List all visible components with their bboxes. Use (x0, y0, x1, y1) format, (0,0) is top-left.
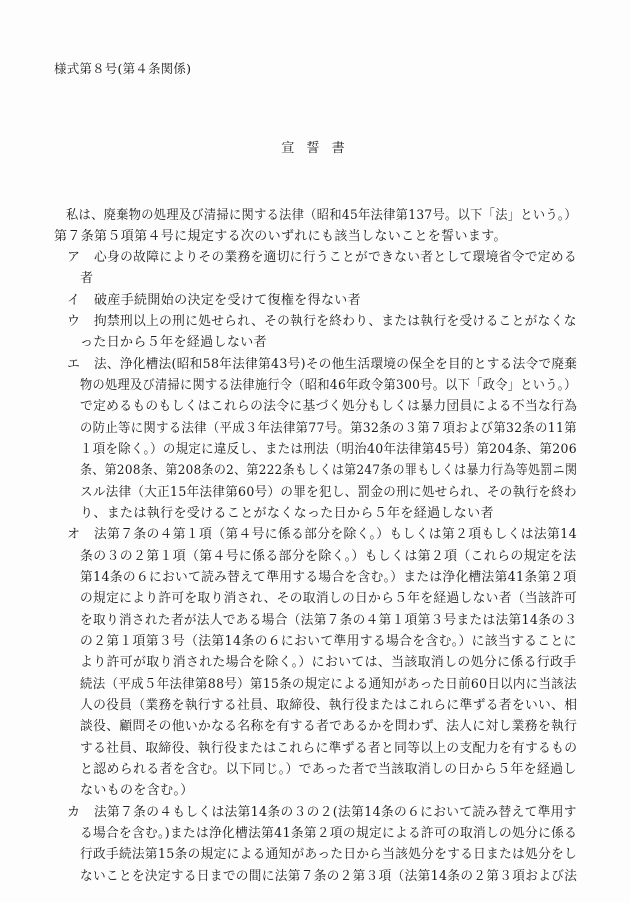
item-e-line: 法、浄化槽法(昭和58年法律第43号)その他生活環境の保全を目的とする法令で廃棄 (94, 357, 577, 373)
item-u-line: った日から５年を経過しない者 (80, 335, 267, 351)
document-title: 宣 誓 書 (0, 137, 630, 156)
item-o-line: 談役、顧問その他いかなる名称を有する者であるかを問わず、法人に対し業務を執行 (80, 719, 577, 735)
item-o-line: と認められる者を含む。以下同じ。）であった者で当該取消しの日から５年を経過し (80, 762, 577, 778)
item-u-line: 拘禁刑以上の刑に処せられ、その執行を終わり、または執行を受けることがなくな (94, 314, 577, 330)
item-o-line: 人の役員（業務を執行する社員、取締役、執行役またはこれらに準ずる者をいい、相 (80, 698, 577, 714)
item-e-line: スル法律（大正15年法律第60号）の罪を犯し、罰金の刑に処せられ、その執行を終わ (80, 485, 577, 501)
item-e-line: 物の処理及び清掃に関する法律施行令（昭和46年政令第300号。以下「政令」という… (80, 378, 577, 394)
item-marker-a: ア (67, 250, 80, 266)
item-e-line: 条、第208条、第208条の2、第222条もしくは第247条の罪もしくは暴力行為… (80, 463, 577, 479)
item-e-line: で定めるものもしくはこれらの法令に基づく処分もしくは暴力団員による不当な行為 (80, 399, 577, 415)
item-o-line: の規定により許可を取り消され、その取消しの日から５年を経過しない者（当該許可 (80, 591, 577, 607)
item-e-line: り、または執行を受けることがなくなった日から５年を経過しない者 (80, 506, 494, 522)
item-e-line: １項を除く。）の規定に違反し、または刑法（明治40年法律第45号）第204条、第… (80, 442, 577, 458)
item-marker-i: イ (67, 293, 80, 309)
item-marker-o: オ (67, 527, 80, 543)
item-o-line: 続法（平成５年法律第88号）第15条の規定による通知があった日前60日以内に当該… (80, 677, 577, 693)
item-o-line: 条の３の２第１項（第４号に係る部分を除く。）もしくは第２項（これらの規定を法 (80, 549, 577, 565)
item-a-line: 心身の故障によりその業務を適切に行うことができない者として環境省令で定める (94, 250, 577, 266)
document-page: 様式第８号(第４条関係) 宣 誓 書 私は、廃棄物の処理及び清掃に関する法律（昭… (0, 0, 630, 903)
item-o-line: を取り消された者が法人である場合（法第７条の４第１項第３号または法第14条の３ (80, 613, 577, 629)
item-ka-line: ないことを決定する日までの間に法第７条の２第３項（法第14条の２第３項および法 (80, 869, 577, 885)
item-marker-e: エ (67, 357, 80, 373)
item-o-line: の２第１項第３号（法第14条の６において準用する場合を含む。）に該当することに (80, 634, 577, 650)
intro-line: 私は、廃棄物の処理及び清掃に関する法律（昭和45年法律第137号。以下「法」とい… (66, 208, 577, 224)
item-ka-line: 行政手続法第15条の規定による通知があった日から当該処分をする日または処分をし (80, 847, 577, 863)
item-o-line: する社員、取締役、執行役またはこれらに準ずる者と同等以上の支配力を有するもの (80, 741, 577, 757)
item-marker-ka: カ (67, 805, 80, 821)
item-o-line: より許可が取り消された場合を除く。）においては、当該取消しの処分に係る行政手 (80, 655, 577, 671)
item-o-line: 第14条の６において読み替えて準用する場合を含む。）または浄化槽法第41条第２項 (80, 570, 577, 586)
item-i-line: 破産手続開始の決定を受けて復権を得ない者 (94, 293, 361, 309)
item-e-line: の防止等に関する法律（平成３年法律第77号。第32条の３第７項および第32条の1… (80, 421, 577, 437)
intro-line: 第７条第５項第４号に規定する次のいずれにも該当しないことを誓います。 (54, 229, 507, 245)
item-ka-line: 法第７条の４もしくは法第14条の３の２(法第14条の６において読み替えて準用す (94, 805, 577, 821)
item-a-line: 者 (80, 271, 93, 287)
item-o-line: ないものを含む。） (80, 783, 194, 799)
item-o-line: 法第７条の４第１項（第４号に係る部分を除く。）もしくは第２項もしくは法第14 (94, 527, 577, 543)
item-ka-line: る場合を含む。)または浄化槽法第41条第２項の規定による許可の取消しの処分に係る (80, 826, 577, 842)
item-marker-u: ウ (67, 314, 80, 330)
form-number-label: 様式第８号(第４条関係) (54, 59, 191, 77)
